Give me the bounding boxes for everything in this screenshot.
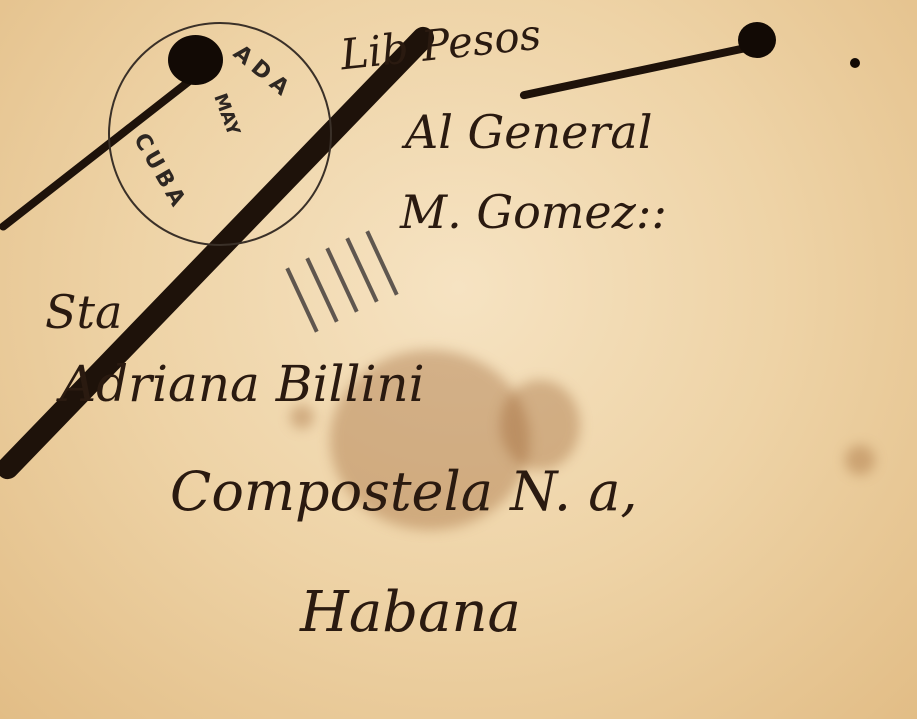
address-line-4: Sta: [45, 285, 122, 339]
postmark-bottom: CUBA: [128, 129, 192, 214]
address-line-5: Adriana Billini: [60, 355, 425, 413]
postmark: ADA MAY CUBA: [108, 22, 332, 246]
postmark-month: MAY: [209, 91, 243, 139]
water-stain: [500, 380, 580, 470]
address-line-1: Lib Pesos: [338, 10, 543, 80]
ink-blot: [850, 58, 860, 68]
envelope-photo: ADA MAY CUBA Lib Pesos Al General M. Gom…: [0, 0, 917, 719]
ink-smear: [519, 42, 755, 100]
address-line-2: Al General: [405, 105, 653, 159]
postmark-top: ADA: [228, 40, 298, 104]
water-stain: [845, 445, 875, 475]
address-line-3: M. Gomez::: [400, 185, 667, 239]
address-line-7: Habana: [300, 580, 521, 645]
ink-blot: [738, 22, 776, 58]
address-line-6: Compostela N. a,: [170, 460, 638, 523]
